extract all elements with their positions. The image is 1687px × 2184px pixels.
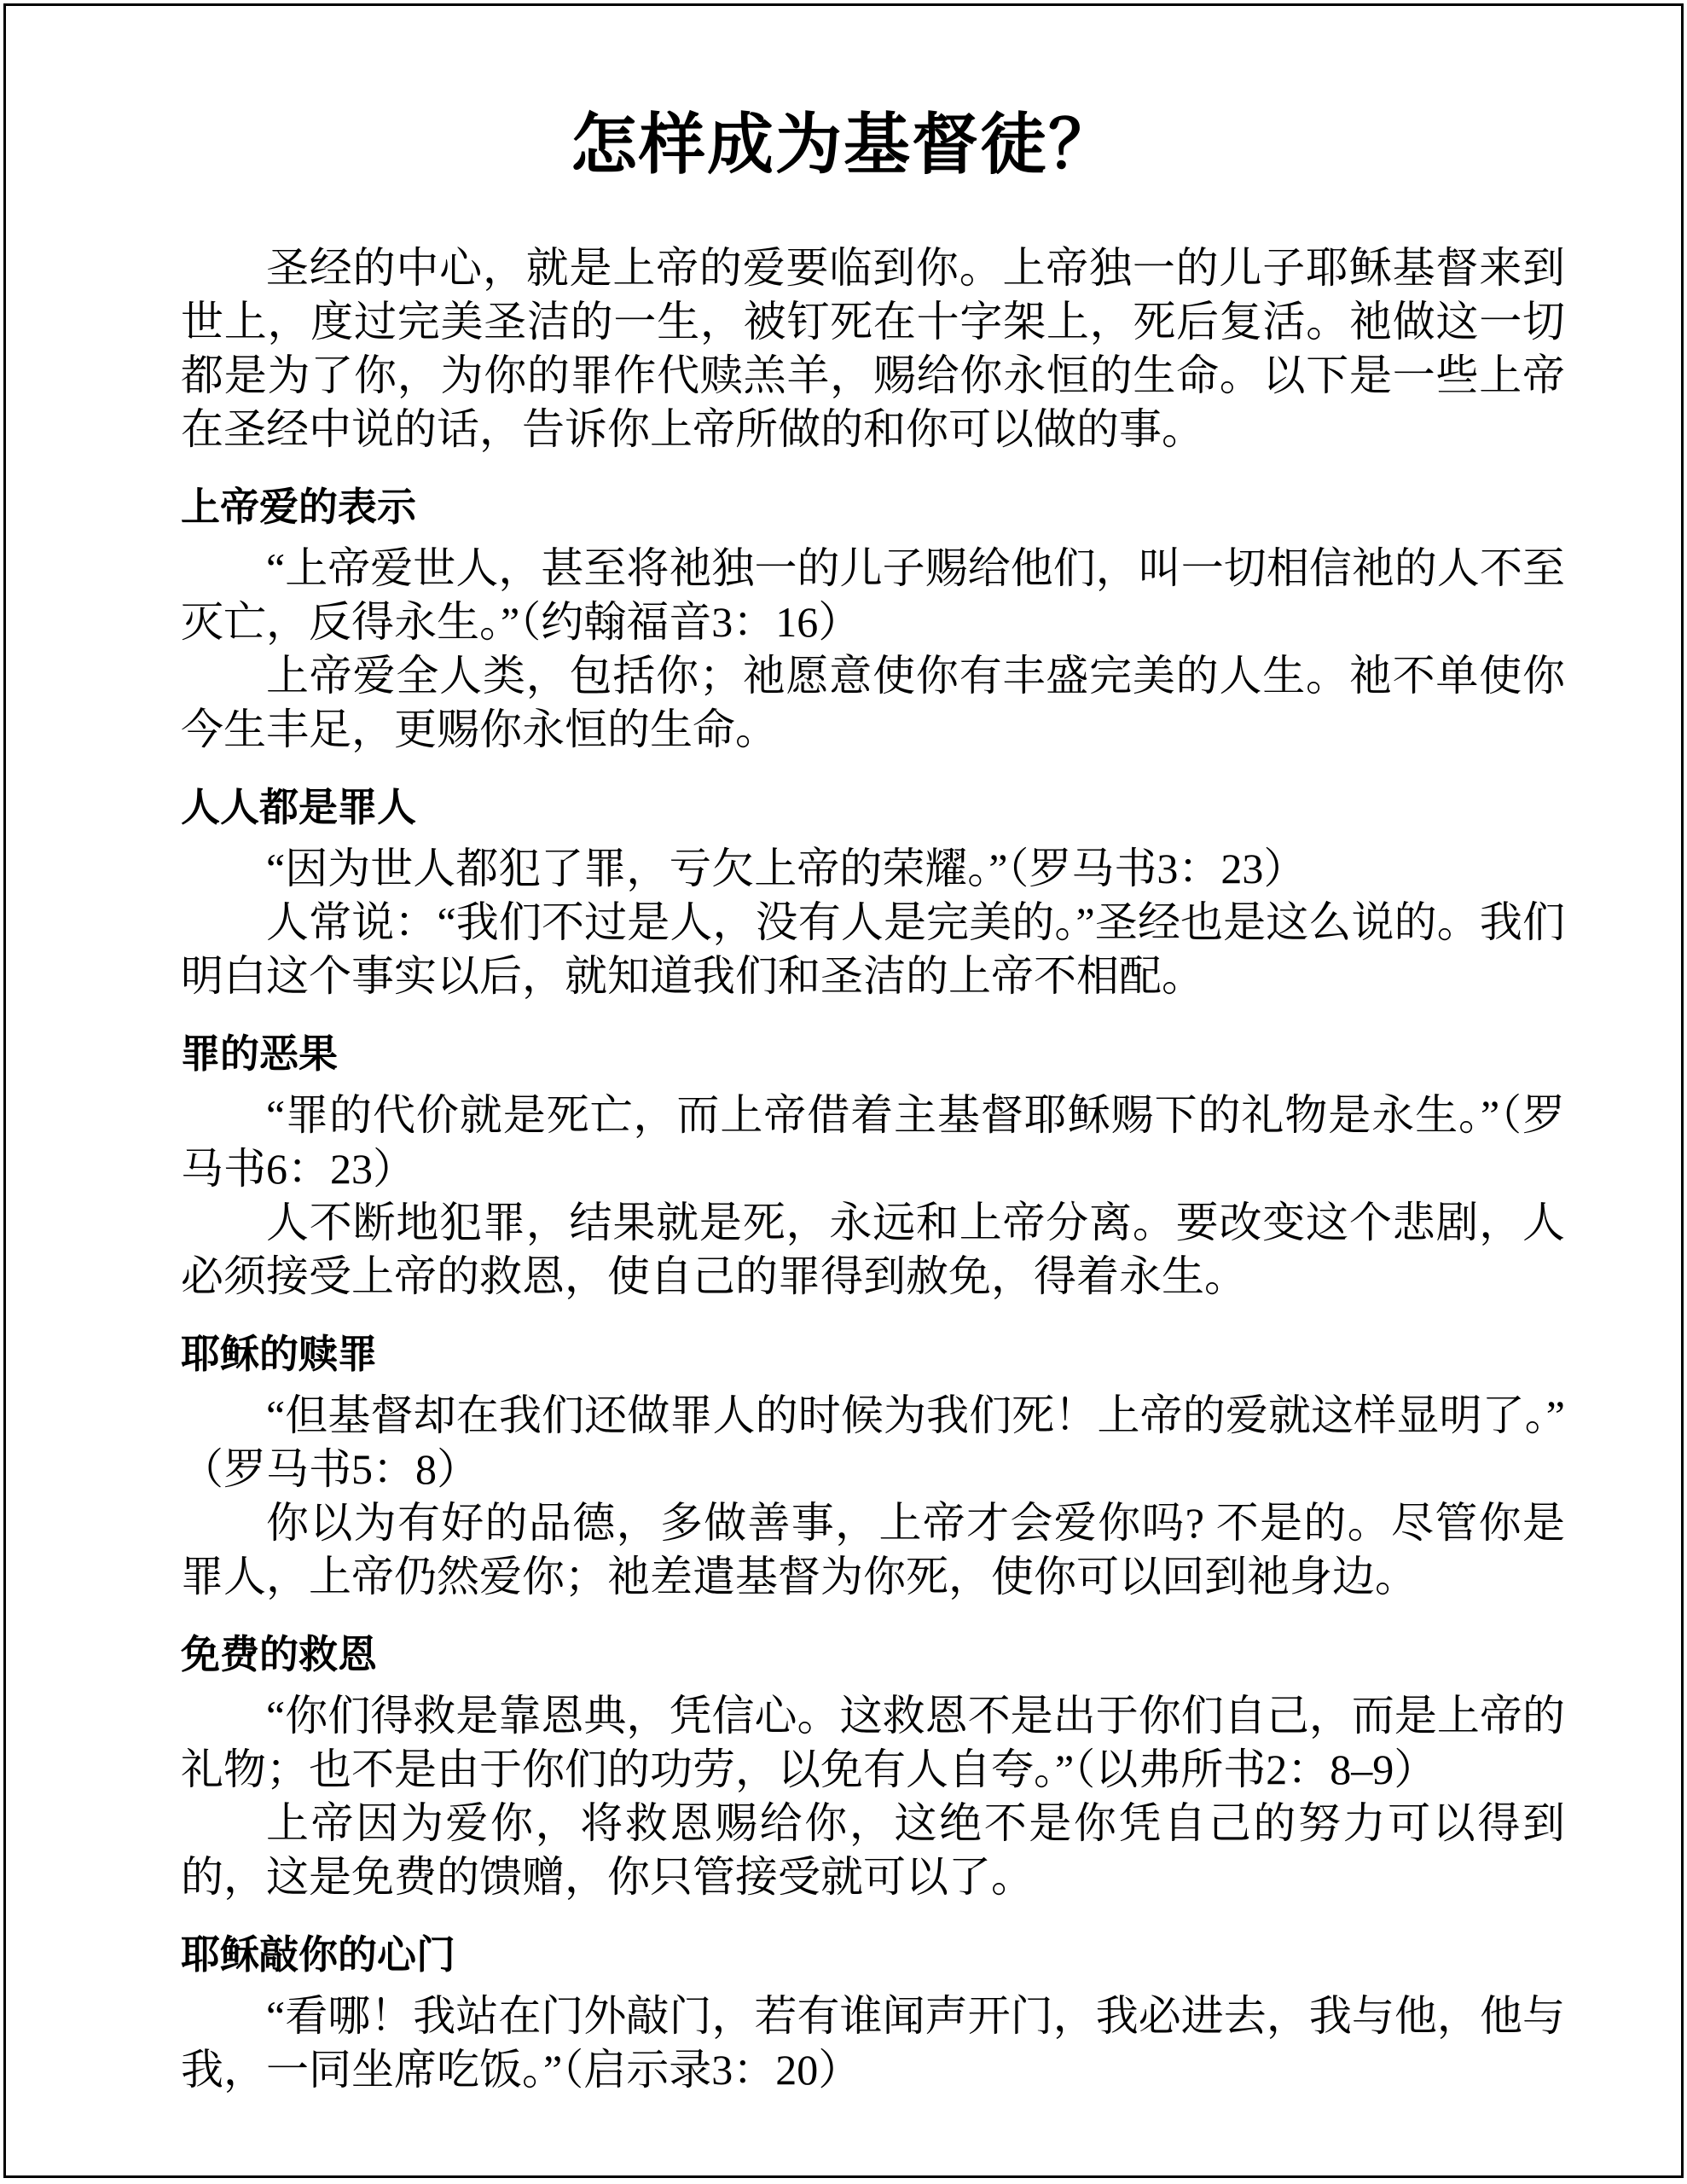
section-heading: 免费的救恩 [181, 1633, 1565, 1676]
section-all-sinners: 人人都是罪人 “因为世人都犯了罪，亏欠上帝的荣耀。”（罗马书3：23） 人常说：… [181, 786, 1565, 1003]
scripture-quote: “罪的代价就是死亡，而上帝借着主基督耶稣赐下的礼物是永生。”（罗马书6：23） [181, 1089, 1565, 1196]
scripture-quote: “上帝爱世人，甚至将祂独一的儿子赐给他们，叫一切相信祂的人不至灭亡，反得永生。”… [181, 542, 1565, 649]
section-heading: 上帝爱的表示 [181, 485, 1565, 528]
section-body: 人不断地犯罪，结果就是死，永远和上帝分离。要改变这个悲剧，人必须接受上帝的救恩，… [181, 1196, 1565, 1304]
section-jesus-atonement: 耶稣的赎罪 “但基督却在我们还做罪人的时候为我们死！上帝的爱就这样显明了。”（罗… [181, 1333, 1565, 1604]
section-gods-love: 上帝爱的表示 “上帝爱世人，甚至将祂独一的儿子赐给他们，叫一切相信祂的人不至灭亡… [181, 485, 1565, 757]
section-body: 上帝爱全人类，包括你；祂愿意使你有丰盛完美的人生。祂不单使你今生丰足，更赐你永恒… [181, 649, 1565, 757]
section-heading: 人人都是罪人 [181, 786, 1565, 828]
section-free-salvation: 免费的救恩 “你们得救是靠恩典，凭信心。这救恩不是出于你们自己，而是上帝的礼物；… [181, 1633, 1565, 1904]
intro-paragraph: 圣经的中心，就是上帝的爱要临到你。上帝独一的儿子耶稣基督来到世上，度过完美圣洁的… [181, 241, 1565, 456]
document-page: 怎样成为基督徒？ 圣经的中心，就是上帝的爱要临到你。上帝独一的儿子耶稣基督来到世… [0, 0, 1687, 2184]
section-consequence-of-sin: 罪的恶果 “罪的代价就是死亡，而上帝借着主基督耶稣赐下的礼物是永生。”（罗马书6… [181, 1032, 1565, 1304]
section-body: 人常说：“我们不过是人，没有人是完美的。”圣经也是这么说的。我们明白这个事实以后… [181, 896, 1565, 1003]
section-heading: 耶稣敲你的心门 [181, 1933, 1565, 1976]
section-heading: 耶稣的赎罪 [181, 1333, 1565, 1375]
text-block: 圣经的中心，就是上帝的爱要临到你。上帝独一的儿子耶稣基督来到世上，度过完美圣洁的… [181, 241, 1565, 2097]
scripture-quote: “但基督却在我们还做罪人的时候为我们死！上帝的爱就这样显明了。”（罗马书5：8） [181, 1389, 1565, 1496]
scripture-quote: “你们得救是靠恩典，凭信心。这救恩不是出于你们自己，而是上帝的礼物；也不是由于你… [181, 1689, 1565, 1797]
section-body: 上帝因为爱你，将救恩赐给你，这绝不是你凭自己的努力可以得到的，这是免费的馈赠，你… [181, 1797, 1565, 1904]
scripture-quote: “因为世人都犯了罪，亏欠上帝的荣耀。”（罗马书3：23） [181, 842, 1565, 896]
scripture-quote: “看哪！我站在门外敲门，若有谁闻声开门，我必进去，我与他，他与我，一同坐席吃饭。… [181, 1989, 1565, 2097]
section-jesus-knocks: 耶稣敲你的心门 “看哪！我站在门外敲门，若有谁闻声开门，我必进去，我与他，他与我… [181, 1933, 1565, 2097]
document-content: 怎样成为基督徒？ 圣经的中心，就是上帝的爱要临到你。上帝独一的儿子耶稣基督来到世… [0, 0, 1687, 2097]
section-body: 你以为有好的品德，多做善事，上帝才会爱你吗? 不是的。尽管你是罪人，上帝仍然爱你… [181, 1496, 1565, 1604]
page-title: 怎样成为基督徒？ [0, 104, 1687, 185]
section-heading: 罪的恶果 [181, 1032, 1565, 1075]
